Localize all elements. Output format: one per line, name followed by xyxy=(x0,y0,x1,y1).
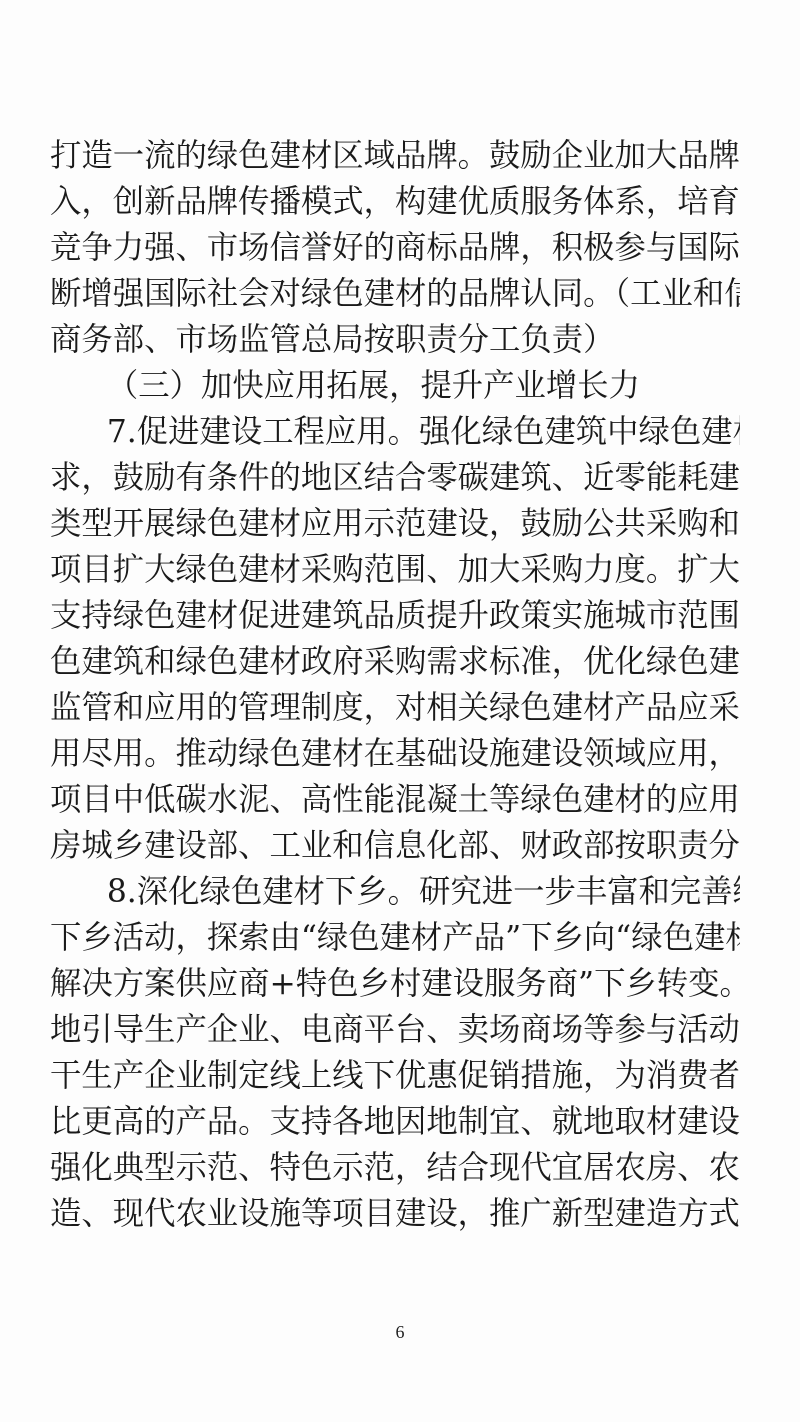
paragraph-line: 类型开展绿色建材应用示范建设，鼓励公共采购和市场投资 xyxy=(50,500,740,546)
document-body: 打造一流的绿色建材区域品牌。鼓励企业加大品牌建设投 入，创新品牌传播模式，构建优… xyxy=(50,132,754,1236)
paragraph-line: 强化典型示范、特色示范，结合现代宜居农房、农房节能改 xyxy=(50,1144,740,1190)
paragraph-line: 打造一流的绿色建材区域品牌。鼓励企业加大品牌建设投 xyxy=(50,132,740,178)
paragraph-line: 色建筑和绿色建材政府采购需求标准，优化绿色建材采购、 xyxy=(50,638,740,684)
paragraph-line: 支持绿色建材促进建筑品质提升政策实施城市范围，完善绿 xyxy=(50,592,740,638)
paragraph-line: 商务部、市场监管总局按职责分工负责） xyxy=(50,316,740,362)
paragraph-line: 解决方案供应商+特色乡村建设服务商”下乡转变。支持各 xyxy=(50,960,740,1006)
paragraph-line: 地引导生产企业、电商平台、卖场商场等参与活动，鼓励骨 xyxy=(50,1006,740,1052)
paragraph-line: 干生产企业制定线上线下优惠促销措施，为消费者提供性价 xyxy=(50,1052,740,1098)
section-heading: （三）加快应用拓展，提升产业增长力 xyxy=(50,362,740,408)
page-number: 6 xyxy=(0,1322,800,1343)
paragraph-line: 竞争力强、市场信誉好的商标品牌，积极参与国际合作，不 xyxy=(50,224,740,270)
paragraph-line: 断增强国际社会对绿色建材的品牌认同。（工业和信息化部、 xyxy=(50,270,740,316)
paragraph-line: 比更高的产品。支持各地因地制宜、就地取材建设示范工程， xyxy=(50,1098,740,1144)
paragraph-line: 用尽用。推动绿色建材在基础设施建设领域应用，提高工程 xyxy=(50,730,740,776)
paragraph-line: 8.深化绿色建材下乡。研究进一步丰富和完善绿色建材 xyxy=(50,868,740,914)
paragraph-line: 项目扩大绿色建材采购范围、加大采购力度。扩大政府采购 xyxy=(50,546,740,592)
paragraph-line: 造、现代农业设施等项目建设，推广新型建造方式，培育绿 xyxy=(50,1190,740,1236)
paragraph-line: 入，创新品牌传播模式，构建优质服务体系，培育特色鲜明、 xyxy=(50,178,740,224)
paragraph-line: 项目中低碳水泥、高性能混凝土等绿色建材的应用比例。（住 xyxy=(50,776,740,822)
paragraph-line: 求，鼓励有条件的地区结合零碳建筑、近零能耗建筑等建筑 xyxy=(50,454,740,500)
paragraph-line: 7.促进建设工程应用。强化绿色建筑中绿色建材选用要 xyxy=(50,408,740,454)
paragraph-line: 下乡活动，探索由“绿色建材产品”下乡向“绿色建材系统 xyxy=(50,914,740,960)
paragraph-line: 房城乡建设部、工业和信息化部、财政部按职责分工负责） xyxy=(50,822,740,868)
paragraph-line: 监管和应用的管理制度，对相关绿色建材产品应采尽采、应 xyxy=(50,684,740,730)
document-page: 打造一流的绿色建材区域品牌。鼓励企业加大品牌建设投 入，创新品牌传播模式，构建优… xyxy=(0,0,800,1422)
